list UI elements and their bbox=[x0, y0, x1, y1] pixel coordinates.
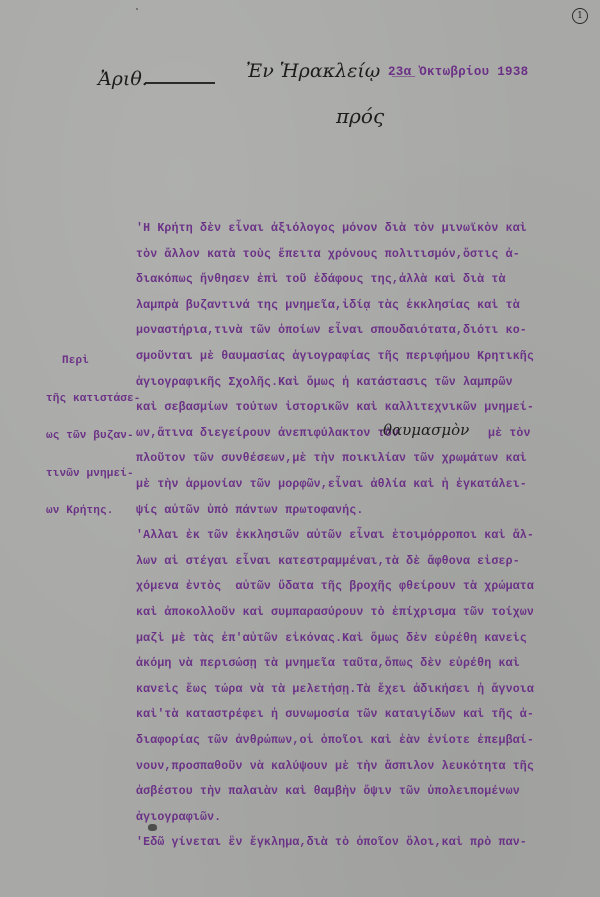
margin-note-line: τινῶν μνημεί- bbox=[46, 469, 141, 481]
margin-note-line: τῆς κατιστάσε- bbox=[46, 394, 141, 406]
body-line: χόμενα ἐντὸς αὐτῶν ὕδατα τῆς βροχῆς φθεί… bbox=[136, 580, 534, 593]
ink-blot bbox=[148, 824, 157, 831]
body-line: σμοῦνται μὲ θαυμασίας ἁγιογραφίας τῆς πε… bbox=[136, 350, 534, 363]
body-line: καὶ ἀποκολλοῦν καὶ συμπαρασύρουν τὸ ἐπίχ… bbox=[136, 606, 534, 619]
body-line: μὲ τὴν ἁρμονίαν τῶν μορφῶν,εἶναι ἀθλία κ… bbox=[136, 478, 527, 491]
body-line: 'Η Κρήτη δὲν εἶναι ἀξιόλογος μόνον διὰ τ… bbox=[136, 222, 527, 235]
body-line: κανεὶς ἕως τώρα νὰ τὰ μελετήσῃ.Τὰ ἔχει ἀ… bbox=[136, 683, 534, 696]
reference-number-label: Ἀριθ. bbox=[98, 68, 148, 90]
body-line: μοναστήρια,τινὰ τῶν ὁποίων εἶναι σπουδαι… bbox=[136, 324, 527, 337]
date-typed: 2̲3̲α̲ Ὀκτωβρίου 1938 bbox=[388, 65, 528, 79]
body-line: μαζὶ μὲ τὰς ἐπ'αὐτῶν εἰκόνας.Καὶ ὅμως δὲ… bbox=[136, 632, 527, 645]
place-handwritten: Ἐν Ἡρακλείῳ bbox=[246, 60, 380, 82]
margin-note-line: ως τῶν βυζαν- bbox=[46, 431, 141, 443]
document-page: 1 Ἀριθ. Ἐν Ἡρακλείῳ 2̲3̲α̲ Ὀκτωβρίου 193… bbox=[0, 0, 600, 897]
body-line: διαφορίας τῶν ἀνθρώπων,οἱ ὁποῖοι καὶ ἐὰν… bbox=[136, 734, 534, 747]
body-line: λων αἱ στέγαι εἶναι κατεστραμμέναι,τὰ δὲ… bbox=[136, 555, 520, 568]
body-line: ἁγιογραφιῶν. bbox=[136, 811, 221, 824]
reference-number-blank-line bbox=[145, 82, 215, 84]
body-line: ἁγιογραφικῆς Σχολῆς.Καὶ ὅμως ἡ κατάστασι… bbox=[136, 376, 513, 389]
body-line-continuation: μὲ τὸν bbox=[488, 427, 531, 440]
paper-speck bbox=[380, 430, 382, 432]
body-line: ἀκόμη νὰ περισώσῃ τὰ μνημεῖα ταῦτα,ὅπως … bbox=[136, 657, 520, 670]
body-line: ἀσβέστου τὴν παλαιὰν καὶ θαμβὴν ὄψιν τῶν… bbox=[136, 785, 520, 798]
letter-body: 'Η Κρήτη δὲν εἶναι ἀξιόλογος μόνον διὰ τ… bbox=[0, 0, 28, 364]
body-line: 'Αλλαι ἐκ τῶν ἐκκλησιῶν αὐτῶν εἶναι ἑτοι… bbox=[136, 529, 534, 542]
page-number-circle: 1 bbox=[572, 8, 588, 24]
body-line: ων,ἅτινα διεγείρουν ἀνεπιφύλακτον τὸν bbox=[136, 427, 399, 440]
paper-speck bbox=[136, 8, 138, 10]
margin-note-line: ων Κρήτης. bbox=[46, 506, 141, 518]
body-line: καὶ'τὰ καταστρέφει ἡ συνωμοσία τῶν καται… bbox=[136, 708, 534, 721]
body-line: πλοῦτον τῶν συνθέσεων,μὲ τὴν ποικιλίαν τ… bbox=[136, 452, 527, 465]
body-line: ψίς αὐτῶν ὑπὸ πάντων πρωτοφανής. bbox=[136, 504, 363, 517]
body-line: διακόπως ἤνθησεν ἐπὶ τοῦ ἐδάφους της,ἀλλ… bbox=[136, 273, 506, 286]
body-line: λαμπρὰ βυζαντινά της μνημεῖα,ἰδίᾳ τὰς ἐκ… bbox=[136, 299, 520, 312]
body-line: καὶ σεβασμίων τούτων ἱστορικῶν καὶ καλλι… bbox=[136, 401, 534, 414]
addressee-label: πρός bbox=[336, 104, 384, 128]
body-line: 'Εδῶ γίνεται ἓν ἔγκλημα,διὰ τὸ ὁποῖον ὅλ… bbox=[136, 836, 527, 849]
body-line: νουν,προσπαθοῦν νὰ καλύψουν μὲ τὴν ἄσπιλ… bbox=[136, 760, 534, 773]
handwritten-correction: θαυμασμὸν bbox=[383, 421, 469, 439]
margin-note-subject: Περὶ τῆς κατιστάσε- ως τῶν βυζαν- τινῶν … bbox=[46, 330, 141, 544]
body-line: τὸν ἄλλον κατὰ τοὺς ἔπειτα χρόνους πολιτ… bbox=[136, 248, 520, 261]
